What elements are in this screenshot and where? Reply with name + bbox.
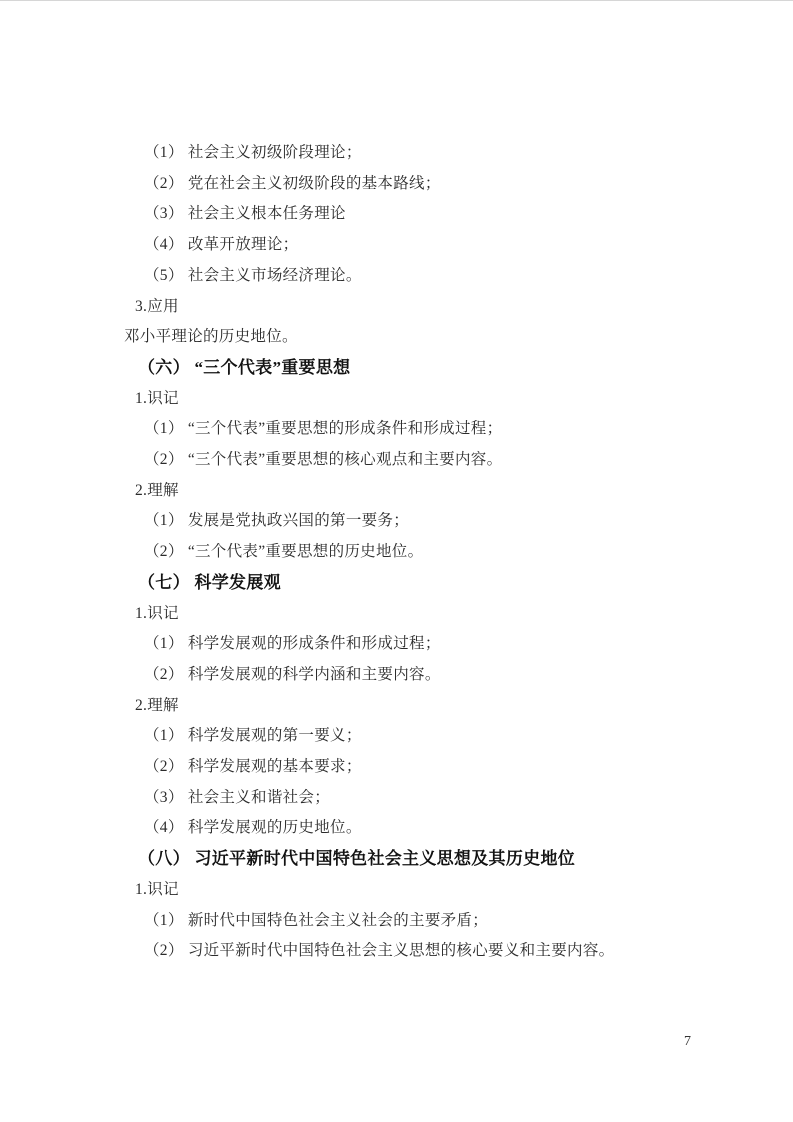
outline-level-label: 3.应用 [135, 292, 723, 323]
outline-item: （2） “三个代表”重要思想的核心观点和主要内容。 [144, 445, 723, 476]
outline-item: （2） “三个代表”重要思想的历史地位。 [144, 537, 723, 568]
page-top-edge [0, 0, 793, 1]
outline-item: （2） 科学发展观的科学内涵和主要内容。 [144, 660, 723, 691]
outline-item: （4） 改革开放理论； [144, 230, 723, 261]
outline-level-label: 1.识记 [135, 875, 723, 906]
outline-item: （1） 社会主义初级阶段理论； [144, 138, 723, 169]
outline-item: （1） 发展是党执政兴国的第一要务； [144, 506, 723, 537]
document-page: （1） 社会主义初级阶段理论；（2） 党在社会主义初级阶段的基本路线；（3） 社… [0, 0, 793, 1122]
outline-item: （4） 科学发展观的历史地位。 [144, 813, 723, 844]
outline-level-label: 2.理解 [135, 691, 723, 722]
outline-level-label: 1.识记 [135, 384, 723, 415]
outline-item: （1） “三个代表”重要思想的形成条件和形成过程； [144, 414, 723, 445]
paragraph: 邓小平理论的历史地位。 [124, 322, 723, 353]
outline-level-label: 1.识记 [135, 599, 723, 630]
section-heading: （七） 科学发展观 [138, 568, 723, 599]
page-content: （1） 社会主义初级阶段理论；（2） 党在社会主义初级阶段的基本路线；（3） 社… [124, 138, 723, 967]
section-heading: （八） 习近平新时代中国特色社会主义思想及其历史地位 [138, 844, 723, 875]
outline-item: （2） 科学发展观的基本要求； [144, 752, 723, 783]
outline-item: （3） 社会主义和谐社会； [144, 783, 723, 814]
outline-item: （1） 科学发展观的形成条件和形成过程； [144, 629, 723, 660]
outline-item: （2） 习近平新时代中国特色社会主义思想的核心要义和主要内容。 [144, 936, 723, 967]
section-heading: （六） “三个代表”重要思想 [138, 353, 723, 384]
outline-item: （2） 党在社会主义初级阶段的基本路线； [144, 169, 723, 200]
outline-item: （3） 社会主义根本任务理论 [144, 199, 723, 230]
page-number: 7 [684, 1034, 691, 1050]
outline-item: （1） 科学发展观的第一要义； [144, 721, 723, 752]
outline-item: （1） 新时代中国特色社会主义社会的主要矛盾； [144, 906, 723, 937]
outline-level-label: 2.理解 [135, 476, 723, 507]
outline-item: （5） 社会主义市场经济理论。 [144, 261, 723, 292]
